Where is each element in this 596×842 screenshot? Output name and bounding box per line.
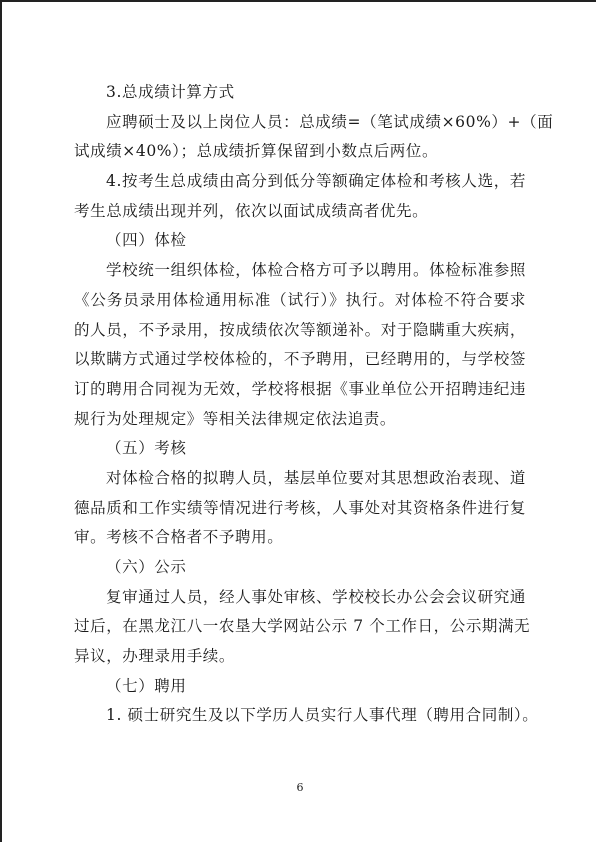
paragraph-line: 订的聘用合同视为无效，学校将根据《事业单位公开招聘违纪违 (74, 375, 526, 405)
paragraph-line: 4.按考生总成绩由高分到低分等额确定体检和考核人选，若 (74, 167, 526, 197)
paragraph-line: 考生总成绩出现并列，依次以面试成绩高者优先。 (74, 197, 528, 227)
paragraph-line: 《公务员录用体检通用标准（试行）》执行。对体检不符合要求 (74, 286, 526, 316)
paragraph-line: 学校统一组织体检，体检合格方可予以聘用。体检标准参照 (74, 256, 526, 286)
heading-total-score-method: 3.总成绩计算方式 (74, 78, 528, 108)
section-heading-publicity: （六）公示 (74, 553, 528, 583)
section-heading-assessment: （五）考核 (74, 434, 528, 464)
page-number: 6 (2, 781, 596, 794)
document-page: 3.总成绩计算方式 应聘硕士及以上岗位人员：总成绩=（笔试成绩×60%）+（面 … (0, 0, 596, 842)
paragraph-line: 规行为处理规定》等相关法律规定依法追责。 (74, 405, 528, 435)
document-body: 3.总成绩计算方式 应聘硕士及以上岗位人员：总成绩=（笔试成绩×60%）+（面 … (74, 78, 528, 731)
paragraph-line: 异议，办理录用手续。 (74, 642, 528, 672)
section-heading-employment: （七）聘用 (74, 672, 528, 702)
paragraph-line: 应聘硕士及以上岗位人员：总成绩=（笔试成绩×60%）+（面 (74, 108, 526, 138)
paragraph-line: 试成绩×40%）；总成绩折算保留到小数点后两位。 (74, 137, 528, 167)
paragraph-line: 对体检合格的拟聘人员，基层单位要对其思想政治表现、道 (74, 464, 526, 494)
paragraph-line: 过后，在黑龙江八一农垦大学网站公示 7 个工作日，公示期满无 (74, 612, 526, 642)
section-heading-physical-exam: （四）体检 (74, 226, 528, 256)
paragraph-line: 以欺瞒方式通过学校体检的，不予聘用，已经聘用的，与学校签 (74, 345, 526, 375)
paragraph-line: 审。考核不合格者不予聘用。 (74, 523, 528, 553)
paragraph-line: 复审通过人员，经人事处审核、学校校长办公会会议研究通 (74, 583, 526, 613)
paragraph-line: 德品质和工作实绩等情况进行考核，人事处对其资格条件进行复 (74, 494, 526, 524)
paragraph-line: 的人员，不予录用，按成绩依次等额递补。对于隐瞒重大疾病， (74, 316, 526, 346)
paragraph-line: 1. 硕士研究生及以下学历人员实行人事代理（聘用合同制）。 (74, 701, 526, 731)
